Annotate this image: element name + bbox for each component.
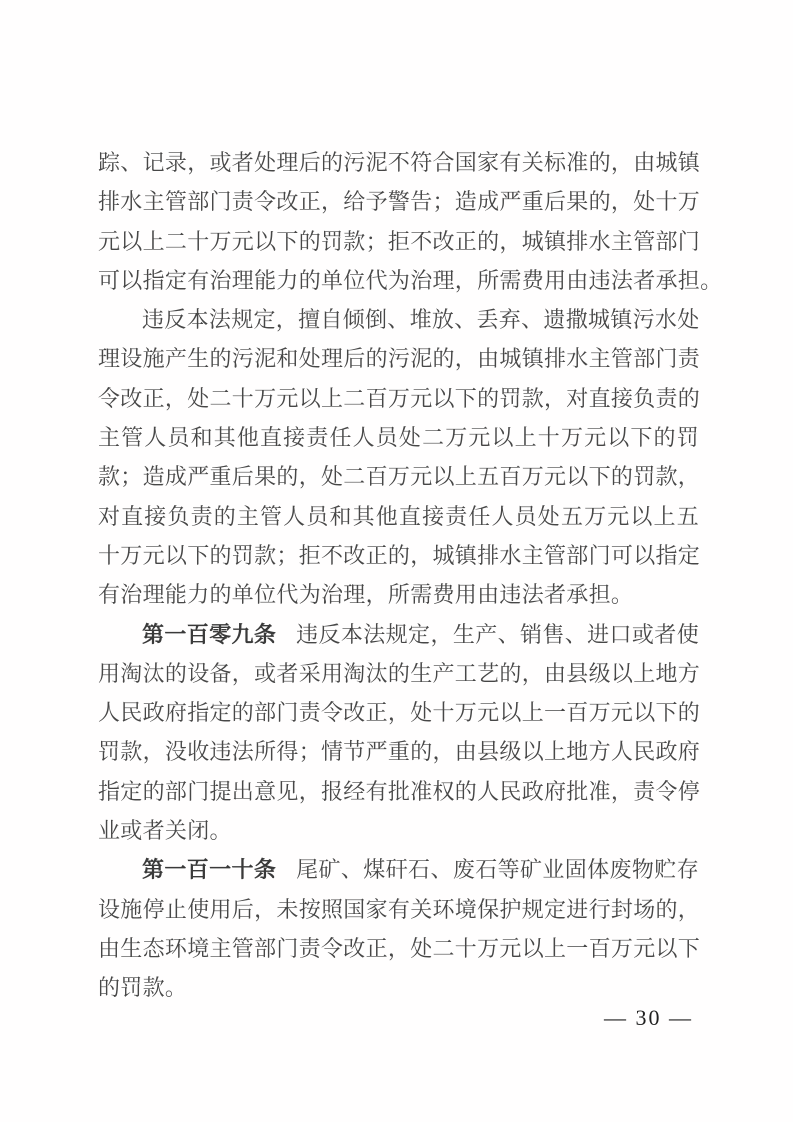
page-footer: — 30 —	[604, 1002, 693, 1034]
line-text: 违反本法规定，生产、销售、进口或者使	[296, 622, 699, 647]
article-number: 第一百一十条	[142, 857, 276, 882]
document-page: 踪、记录，或者处理后的污泥不符合国家有关标准的，由城镇排水主管部门责令改正，给予…	[0, 0, 793, 1122]
line-text: 十万元以下的罚款；拒不改正的，城镇排水主管部门可以指定	[98, 543, 700, 568]
line-text: 指定的部门提出意见，报经有批准权的人民政府批准，责令停	[98, 779, 700, 804]
text-line: 第一百零九条违反本法规定，生产、销售、进口或者使	[98, 615, 699, 654]
text-line: 元以上二十万元以下的罚款；拒不改正的，城镇排水主管部门	[98, 222, 699, 261]
text-line: 可以指定有治理能力的单位代为治理，所需费用由违法者承担。	[98, 261, 699, 300]
line-text: 可以指定有治理能力的单位代为治理，所需费用由违法者承担。	[98, 268, 722, 293]
line-text: 罚款，没收违法所得；情节严重的，由县级以上地方人民政府	[98, 739, 700, 764]
line-text: 违反本法规定，擅自倾倒、堆放、丢弃、遗撒城镇污水处	[142, 307, 700, 332]
line-text: 踪、记录，或者处理后的污泥不符合国家有关标准的，由城镇	[98, 150, 700, 175]
legal-text-block: 踪、记录，或者处理后的污泥不符合国家有关标准的，由城镇排水主管部门责令改正，给予…	[98, 143, 699, 1008]
text-line: 踪、记录，或者处理后的污泥不符合国家有关标准的，由城镇	[98, 143, 699, 182]
line-text: 设施停止使用后，未按照国家有关环境保护规定进行封场的，	[98, 897, 700, 922]
line-text: 有治理能力的单位代为治理，所需费用由违法者承担。	[98, 582, 633, 607]
line-text: 主管人员和其他直接责任人员处二万元以上十万元以下的罚	[98, 425, 699, 450]
text-line: 令改正，处二十万元以上二百万元以下的罚款，对直接负责的	[98, 379, 699, 418]
line-text: 理设施产生的污泥和处理后的污泥的，由城镇排水主管部门责	[98, 346, 700, 371]
page-number: — 30 —	[604, 1005, 693, 1030]
line-text: 尾矿、煤矸石、废石等矿业固体废物贮存	[296, 857, 699, 882]
text-line: 用淘汰的设备，或者采用淘汰的生产工艺的，由县级以上地方	[98, 654, 699, 693]
text-line: 第一百一十条尾矿、煤矸石、废石等矿业固体废物贮存	[98, 850, 699, 889]
line-text: 人民政府指定的部门责令改正，处十万元以上一百万元以下的	[98, 700, 700, 725]
text-line: 业或者关闭。	[98, 811, 699, 850]
text-line: 理设施产生的污泥和处理后的污泥的，由城镇排水主管部门责	[98, 339, 699, 378]
line-text: 用淘汰的设备，或者采用淘汰的生产工艺的，由县级以上地方	[98, 661, 700, 686]
line-text: 令改正，处二十万元以上二百万元以下的罚款，对直接负责的	[98, 386, 700, 411]
text-line: 违反本法规定，擅自倾倒、堆放、丢弃、遗撒城镇污水处	[98, 300, 699, 339]
text-line: 人民政府指定的部门责令改正，处十万元以上一百万元以下的	[98, 693, 699, 732]
text-line: 主管人员和其他直接责任人员处二万元以上十万元以下的罚	[98, 418, 699, 457]
text-line: 由生态环境主管部门责令改正，处二十万元以上一百万元以下	[98, 929, 699, 968]
text-line: 有治理能力的单位代为治理，所需费用由违法者承担。	[98, 575, 699, 614]
line-text: 元以上二十万元以下的罚款；拒不改正的，城镇排水主管部门	[98, 229, 700, 254]
text-line: 十万元以下的罚款；拒不改正的，城镇排水主管部门可以指定	[98, 536, 699, 575]
line-text: 排水主管部门责令改正，给予警告；造成严重后果的，处十万	[98, 189, 700, 214]
text-line: 排水主管部门责令改正，给予警告；造成严重后果的，处十万	[98, 182, 699, 221]
line-text: 由生态环境主管部门责令改正，处二十万元以上一百万元以下	[98, 936, 700, 961]
text-line: 罚款，没收违法所得；情节严重的，由县级以上地方人民政府	[98, 732, 699, 771]
line-text: 的罚款。	[98, 975, 187, 1000]
line-text: 款；造成严重后果的，处二百万元以上五百万元以下的罚款，	[98, 464, 700, 489]
text-line: 指定的部门提出意见，报经有批准权的人民政府批准，责令停	[98, 772, 699, 811]
line-text: 业或者关闭。	[98, 818, 232, 843]
line-text: 对直接负责的主管人员和其他直接责任人员处五万元以上五	[98, 504, 699, 529]
text-line: 对直接负责的主管人员和其他直接责任人员处五万元以上五	[98, 497, 699, 536]
article-number: 第一百零九条	[142, 622, 276, 647]
text-line: 款；造成严重后果的，处二百万元以上五百万元以下的罚款，	[98, 457, 699, 496]
text-line: 设施停止使用后，未按照国家有关环境保护规定进行封场的，	[98, 890, 699, 929]
